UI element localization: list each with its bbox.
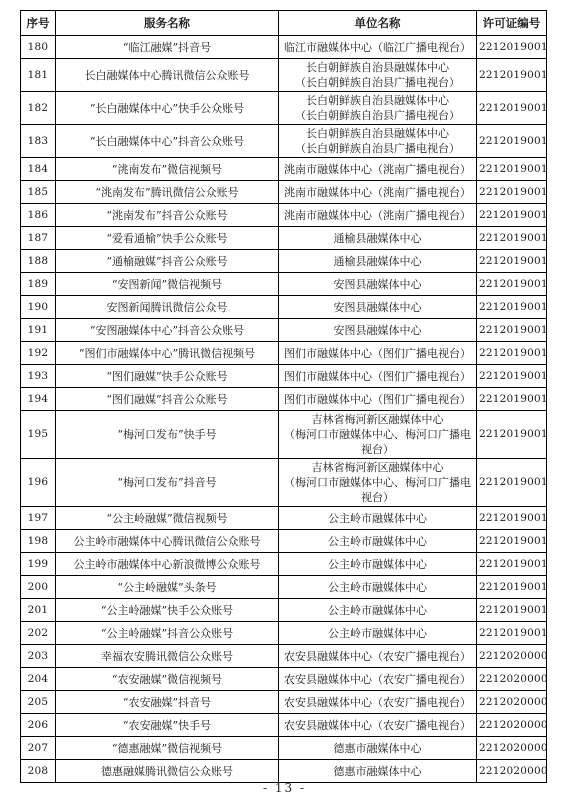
cell-serial-number: 208 [21, 760, 56, 783]
cell-serial-number: 180 [21, 36, 56, 59]
cell-license-number: 22120200001 [477, 714, 547, 737]
cell-license-number: 22120190017 [477, 507, 547, 530]
cell-unit-name: 临江市融媒体中心（临江广播电视台） [279, 36, 477, 59]
document-page: 序号 服务名称 单位名称 许可证编号 180 “临江融媒”抖音号 临江市融媒体中… [0, 0, 569, 810]
cell-service-name: 幸福农安腾讯微信公众账号 [56, 645, 279, 668]
cell-license-number: 22120200002 [477, 737, 547, 760]
license-table: 序号 服务名称 单位名称 许可证编号 180 “临江融媒”抖音号 临江市融媒体中… [20, 10, 547, 783]
cell-service-name: “公主岭融媒”抖音公众账号 [56, 622, 279, 645]
table-row: 185 “洮南发布”腾讯微信公众账号 洮南市融媒体中心（洮南广播电视台） 221… [21, 181, 547, 204]
cell-service-name: “梅河口发布”抖音号 [56, 459, 279, 507]
table-header: 序号 服务名称 单位名称 许可证编号 [21, 11, 547, 36]
cell-unit-name: 洮南市融媒体中心（洮南广播电视台） [279, 204, 477, 227]
table-row: 184 “洮南发布”微信视频号 洮南市融媒体中心（洮南广播电视台） 221201… [21, 158, 547, 181]
cell-service-name: “公主岭融媒”头条号 [56, 576, 279, 599]
cell-service-name: 公主岭市融媒体中心腾讯微信公众账号 [56, 530, 279, 553]
table-row: 191 “安图融媒体中心”抖音公众账号 安图县融媒体中心 22120190014 [21, 319, 547, 342]
cell-unit-name: 农安县融媒体中心（农安广播电视台） [279, 645, 477, 668]
cell-serial-number: 201 [21, 599, 56, 622]
cell-license-number: 22120190011 [477, 59, 547, 92]
cell-license-number: 22120200001 [477, 668, 547, 691]
cell-unit-name: 图们市融媒体中心（图们广播电视台） [279, 342, 477, 365]
table-row: 188 “通榆融媒”抖音公众账号 通榆县融媒体中心 22120190013 [21, 250, 547, 273]
cell-service-name: “公主岭融媒”快手公众账号 [56, 599, 279, 622]
cell-unit-name: 洮南市融媒体中心（洮南广播电视台） [279, 181, 477, 204]
cell-serial-number: 182 [21, 92, 56, 125]
table-row: 205 “农安融媒”抖音号 农安县融媒体中心（农安广播电视台） 22120200… [21, 691, 547, 714]
cell-license-number: 22120200001 [477, 645, 547, 668]
cell-unit-name: 吉林省梅河新区融媒体中心 （梅河口市融媒体中心、梅河口广播电 视台） [279, 459, 477, 507]
cell-unit-name: 德惠市融媒体中心 [279, 737, 477, 760]
cell-license-number: 22120190014 [477, 273, 547, 296]
cell-license-number: 22120190017 [477, 622, 547, 645]
cell-unit-name: 吉林省梅河新区融媒体中心 （梅河口市融媒体中心、梅河口广播电 视台） [279, 411, 477, 459]
table-row: 181 长白融媒体中心腾讯微信公众账号 长白朝鲜族自治县融媒体中心 （长白朝鲜族… [21, 59, 547, 92]
cell-service-name: “农安融媒”微信视频号 [56, 668, 279, 691]
cell-serial-number: 197 [21, 507, 56, 530]
cell-serial-number: 183 [21, 125, 56, 158]
table-row: 207 “德惠融媒”微信视频号 德惠市融媒体中心 22120200002 [21, 737, 547, 760]
cell-service-name: “图们融媒”快手公众账号 [56, 365, 279, 388]
table-row: 201 “公主岭融媒”快手公众账号 公主岭市融媒体中心 22120190017 [21, 599, 547, 622]
cell-serial-number: 194 [21, 388, 56, 411]
cell-service-name: “临江融媒”抖音号 [56, 36, 279, 59]
cell-license-number: 22120190013 [477, 250, 547, 273]
cell-serial-number: 188 [21, 250, 56, 273]
cell-service-name: 长白融媒体中心腾讯微信公众账号 [56, 59, 279, 92]
cell-service-name: 德惠融媒腾讯微信公众账号 [56, 760, 279, 783]
cell-license-number: 22120190015 [477, 365, 547, 388]
cell-service-name: “梅河口发布”快手号 [56, 411, 279, 459]
cell-service-name: “洮南发布”微信视频号 [56, 158, 279, 181]
cell-unit-name: 农安县融媒体中心（农安广播电视台） [279, 668, 477, 691]
table-row: 187 “爱看通榆”快手公众账号 通榆县融媒体中心 22120190013 [21, 227, 547, 250]
cell-serial-number: 196 [21, 459, 56, 507]
cell-service-name: “安图新闻”微信视频号 [56, 273, 279, 296]
cell-serial-number: 202 [21, 622, 56, 645]
cell-license-number: 22120190012 [477, 204, 547, 227]
cell-service-name: “长白融媒体中心”抖音公众账号 [56, 125, 279, 158]
cell-service-name: “农安融媒”抖音号 [56, 691, 279, 714]
cell-service-name: “图们市融媒体中心”腾讯微信视频号 [56, 342, 279, 365]
table-row: 192 “图们市融媒体中心”腾讯微信视频号 图们市融媒体中心（图们广播电视台） … [21, 342, 547, 365]
cell-serial-number: 205 [21, 691, 56, 714]
cell-serial-number: 189 [21, 273, 56, 296]
cell-license-number: 22120190010 [477, 36, 547, 59]
cell-service-name: “洮南发布”抖音公众账号 [56, 204, 279, 227]
table-row: 200 “公主岭融媒”头条号 公主岭市融媒体中心 22120190017 [21, 576, 547, 599]
cell-unit-name: 农安县融媒体中心（农安广播电视台） [279, 691, 477, 714]
cell-unit-name: 德惠市融媒体中心 [279, 760, 477, 783]
cell-serial-number: 184 [21, 158, 56, 181]
cell-unit-name: 安图县融媒体中心 [279, 319, 477, 342]
table-row: 203 幸福农安腾讯微信公众账号 农安县融媒体中心（农安广播电视台） 22120… [21, 645, 547, 668]
cell-serial-number: 185 [21, 181, 56, 204]
cell-serial-number: 181 [21, 59, 56, 92]
cell-unit-name: 长白朝鲜族自治县融媒体中心 （长白朝鲜族自治县广播电视台） [279, 125, 477, 158]
cell-service-name: “长白融媒体中心”快手公众账号 [56, 92, 279, 125]
header-license-number: 许可证编号 [477, 11, 547, 36]
cell-license-number: 22120200001 [477, 691, 547, 714]
cell-unit-name: 公主岭市融媒体中心 [279, 576, 477, 599]
table-row: 208 德惠融媒腾讯微信公众账号 德惠市融媒体中心 22120200002 [21, 760, 547, 783]
table-row: 202 “公主岭融媒”抖音公众账号 公主岭市融媒体中心 22120190017 [21, 622, 547, 645]
cell-license-number: 22120190013 [477, 227, 547, 250]
cell-license-number: 22120190016 [477, 459, 547, 507]
cell-license-number: 22120190017 [477, 599, 547, 622]
cell-license-number: 22120190014 [477, 296, 547, 319]
cell-serial-number: 198 [21, 530, 56, 553]
table-row: 194 “图们融媒”抖音公众账号 图们市融媒体中心（图们广播电视台） 22120… [21, 388, 547, 411]
cell-unit-name: 公主岭市融媒体中心 [279, 622, 477, 645]
cell-license-number: 22120190017 [477, 553, 547, 576]
table-row: 196 “梅河口发布”抖音号 吉林省梅河新区融媒体中心 （梅河口市融媒体中心、梅… [21, 459, 547, 507]
cell-unit-name: 通榆县融媒体中心 [279, 250, 477, 273]
cell-unit-name: 农安县融媒体中心（农安广播电视台） [279, 714, 477, 737]
table-row: 186 “洮南发布”抖音公众账号 洮南市融媒体中心（洮南广播电视台） 22120… [21, 204, 547, 227]
cell-license-number: 22120190012 [477, 181, 547, 204]
cell-service-name: 安图新闻腾讯微信公众号 [56, 296, 279, 319]
cell-serial-number: 195 [21, 411, 56, 459]
table-row: 198 公主岭市融媒体中心腾讯微信公众账号 公主岭市融媒体中心 22120190… [21, 530, 547, 553]
header-serial-number: 序号 [21, 11, 56, 36]
table-row: 182 “长白融媒体中心”快手公众账号 长白朝鲜族自治县融媒体中心 （长白朝鲜族… [21, 92, 547, 125]
cell-unit-name: 安图县融媒体中心 [279, 273, 477, 296]
cell-unit-name: 洮南市融媒体中心（洮南广播电视台） [279, 158, 477, 181]
cell-serial-number: 192 [21, 342, 56, 365]
cell-unit-name: 图们市融媒体中心（图们广播电视台） [279, 388, 477, 411]
table-row: 180 “临江融媒”抖音号 临江市融媒体中心（临江广播电视台） 22120190… [21, 36, 547, 59]
table-row: 206 “农安融媒”快手号 农安县融媒体中心（农安广播电视台） 22120200… [21, 714, 547, 737]
header-service-name: 服务名称 [56, 11, 279, 36]
cell-serial-number: 193 [21, 365, 56, 388]
cell-serial-number: 204 [21, 668, 56, 691]
table-body: 180 “临江融媒”抖音号 临江市融媒体中心（临江广播电视台） 22120190… [21, 36, 547, 783]
cell-serial-number: 203 [21, 645, 56, 668]
table-row: 197 “公主岭融媒”微信视频号 公主岭市融媒体中心 22120190017 [21, 507, 547, 530]
cell-license-number: 22120190017 [477, 530, 547, 553]
cell-license-number: 22120190011 [477, 92, 547, 125]
cell-service-name: “通榆融媒”抖音公众账号 [56, 250, 279, 273]
cell-license-number: 22120190016 [477, 411, 547, 459]
cell-service-name: “公主岭融媒”微信视频号 [56, 507, 279, 530]
table-row: 189 “安图新闻”微信视频号 安图县融媒体中心 22120190014 [21, 273, 547, 296]
cell-service-name: “安图融媒体中心”抖音公众账号 [56, 319, 279, 342]
cell-serial-number: 206 [21, 714, 56, 737]
table-row: 195 “梅河口发布”快手号 吉林省梅河新区融媒体中心 （梅河口市融媒体中心、梅… [21, 411, 547, 459]
header-row: 序号 服务名称 单位名称 许可证编号 [21, 11, 547, 36]
cell-unit-name: 图们市融媒体中心（图们广播电视台） [279, 365, 477, 388]
cell-unit-name: 公主岭市融媒体中心 [279, 553, 477, 576]
cell-serial-number: 191 [21, 319, 56, 342]
header-unit-name: 单位名称 [279, 11, 477, 36]
cell-unit-name: 公主岭市融媒体中心 [279, 507, 477, 530]
cell-license-number: 22120190017 [477, 576, 547, 599]
cell-unit-name: 通榆县融媒体中心 [279, 227, 477, 250]
cell-license-number: 22120190012 [477, 158, 547, 181]
cell-license-number: 22120190015 [477, 388, 547, 411]
cell-serial-number: 187 [21, 227, 56, 250]
cell-unit-name: 长白朝鲜族自治县融媒体中心 （长白朝鲜族自治县广播电视台） [279, 92, 477, 125]
cell-service-name: 公主岭市融媒体中心新浪微博公众账号 [56, 553, 279, 576]
cell-serial-number: 199 [21, 553, 56, 576]
cell-serial-number: 186 [21, 204, 56, 227]
table-row: 190 安图新闻腾讯微信公众号 安图县融媒体中心 22120190014 [21, 296, 547, 319]
cell-license-number: 22120200002 [477, 760, 547, 783]
table-row: 204 “农安融媒”微信视频号 农安县融媒体中心（农安广播电视台） 221202… [21, 668, 547, 691]
cell-license-number: 22120190015 [477, 342, 547, 365]
cell-unit-name: 公主岭市融媒体中心 [279, 530, 477, 553]
cell-license-number: 22120190011 [477, 125, 547, 158]
table-row: 183 “长白融媒体中心”抖音公众账号 长白朝鲜族自治县融媒体中心 （长白朝鲜族… [21, 125, 547, 158]
page-number: - 13 - [0, 781, 569, 795]
table-row: 193 “图们融媒”快手公众账号 图们市融媒体中心（图们广播电视台） 22120… [21, 365, 547, 388]
cell-service-name: “洮南发布”腾讯微信公众账号 [56, 181, 279, 204]
cell-license-number: 22120190014 [477, 319, 547, 342]
cell-service-name: “爱看通榆”快手公众账号 [56, 227, 279, 250]
cell-serial-number: 207 [21, 737, 56, 760]
cell-serial-number: 200 [21, 576, 56, 599]
cell-service-name: “农安融媒”快手号 [56, 714, 279, 737]
table-row: 199 公主岭市融媒体中心新浪微博公众账号 公主岭市融媒体中心 22120190… [21, 553, 547, 576]
cell-unit-name: 长白朝鲜族自治县融媒体中心 （长白朝鲜族自治县广播电视台） [279, 59, 477, 92]
cell-serial-number: 190 [21, 296, 56, 319]
cell-service-name: “图们融媒”抖音公众账号 [56, 388, 279, 411]
cell-unit-name: 安图县融媒体中心 [279, 296, 477, 319]
cell-service-name: “德惠融媒”微信视频号 [56, 737, 279, 760]
cell-unit-name: 公主岭市融媒体中心 [279, 599, 477, 622]
